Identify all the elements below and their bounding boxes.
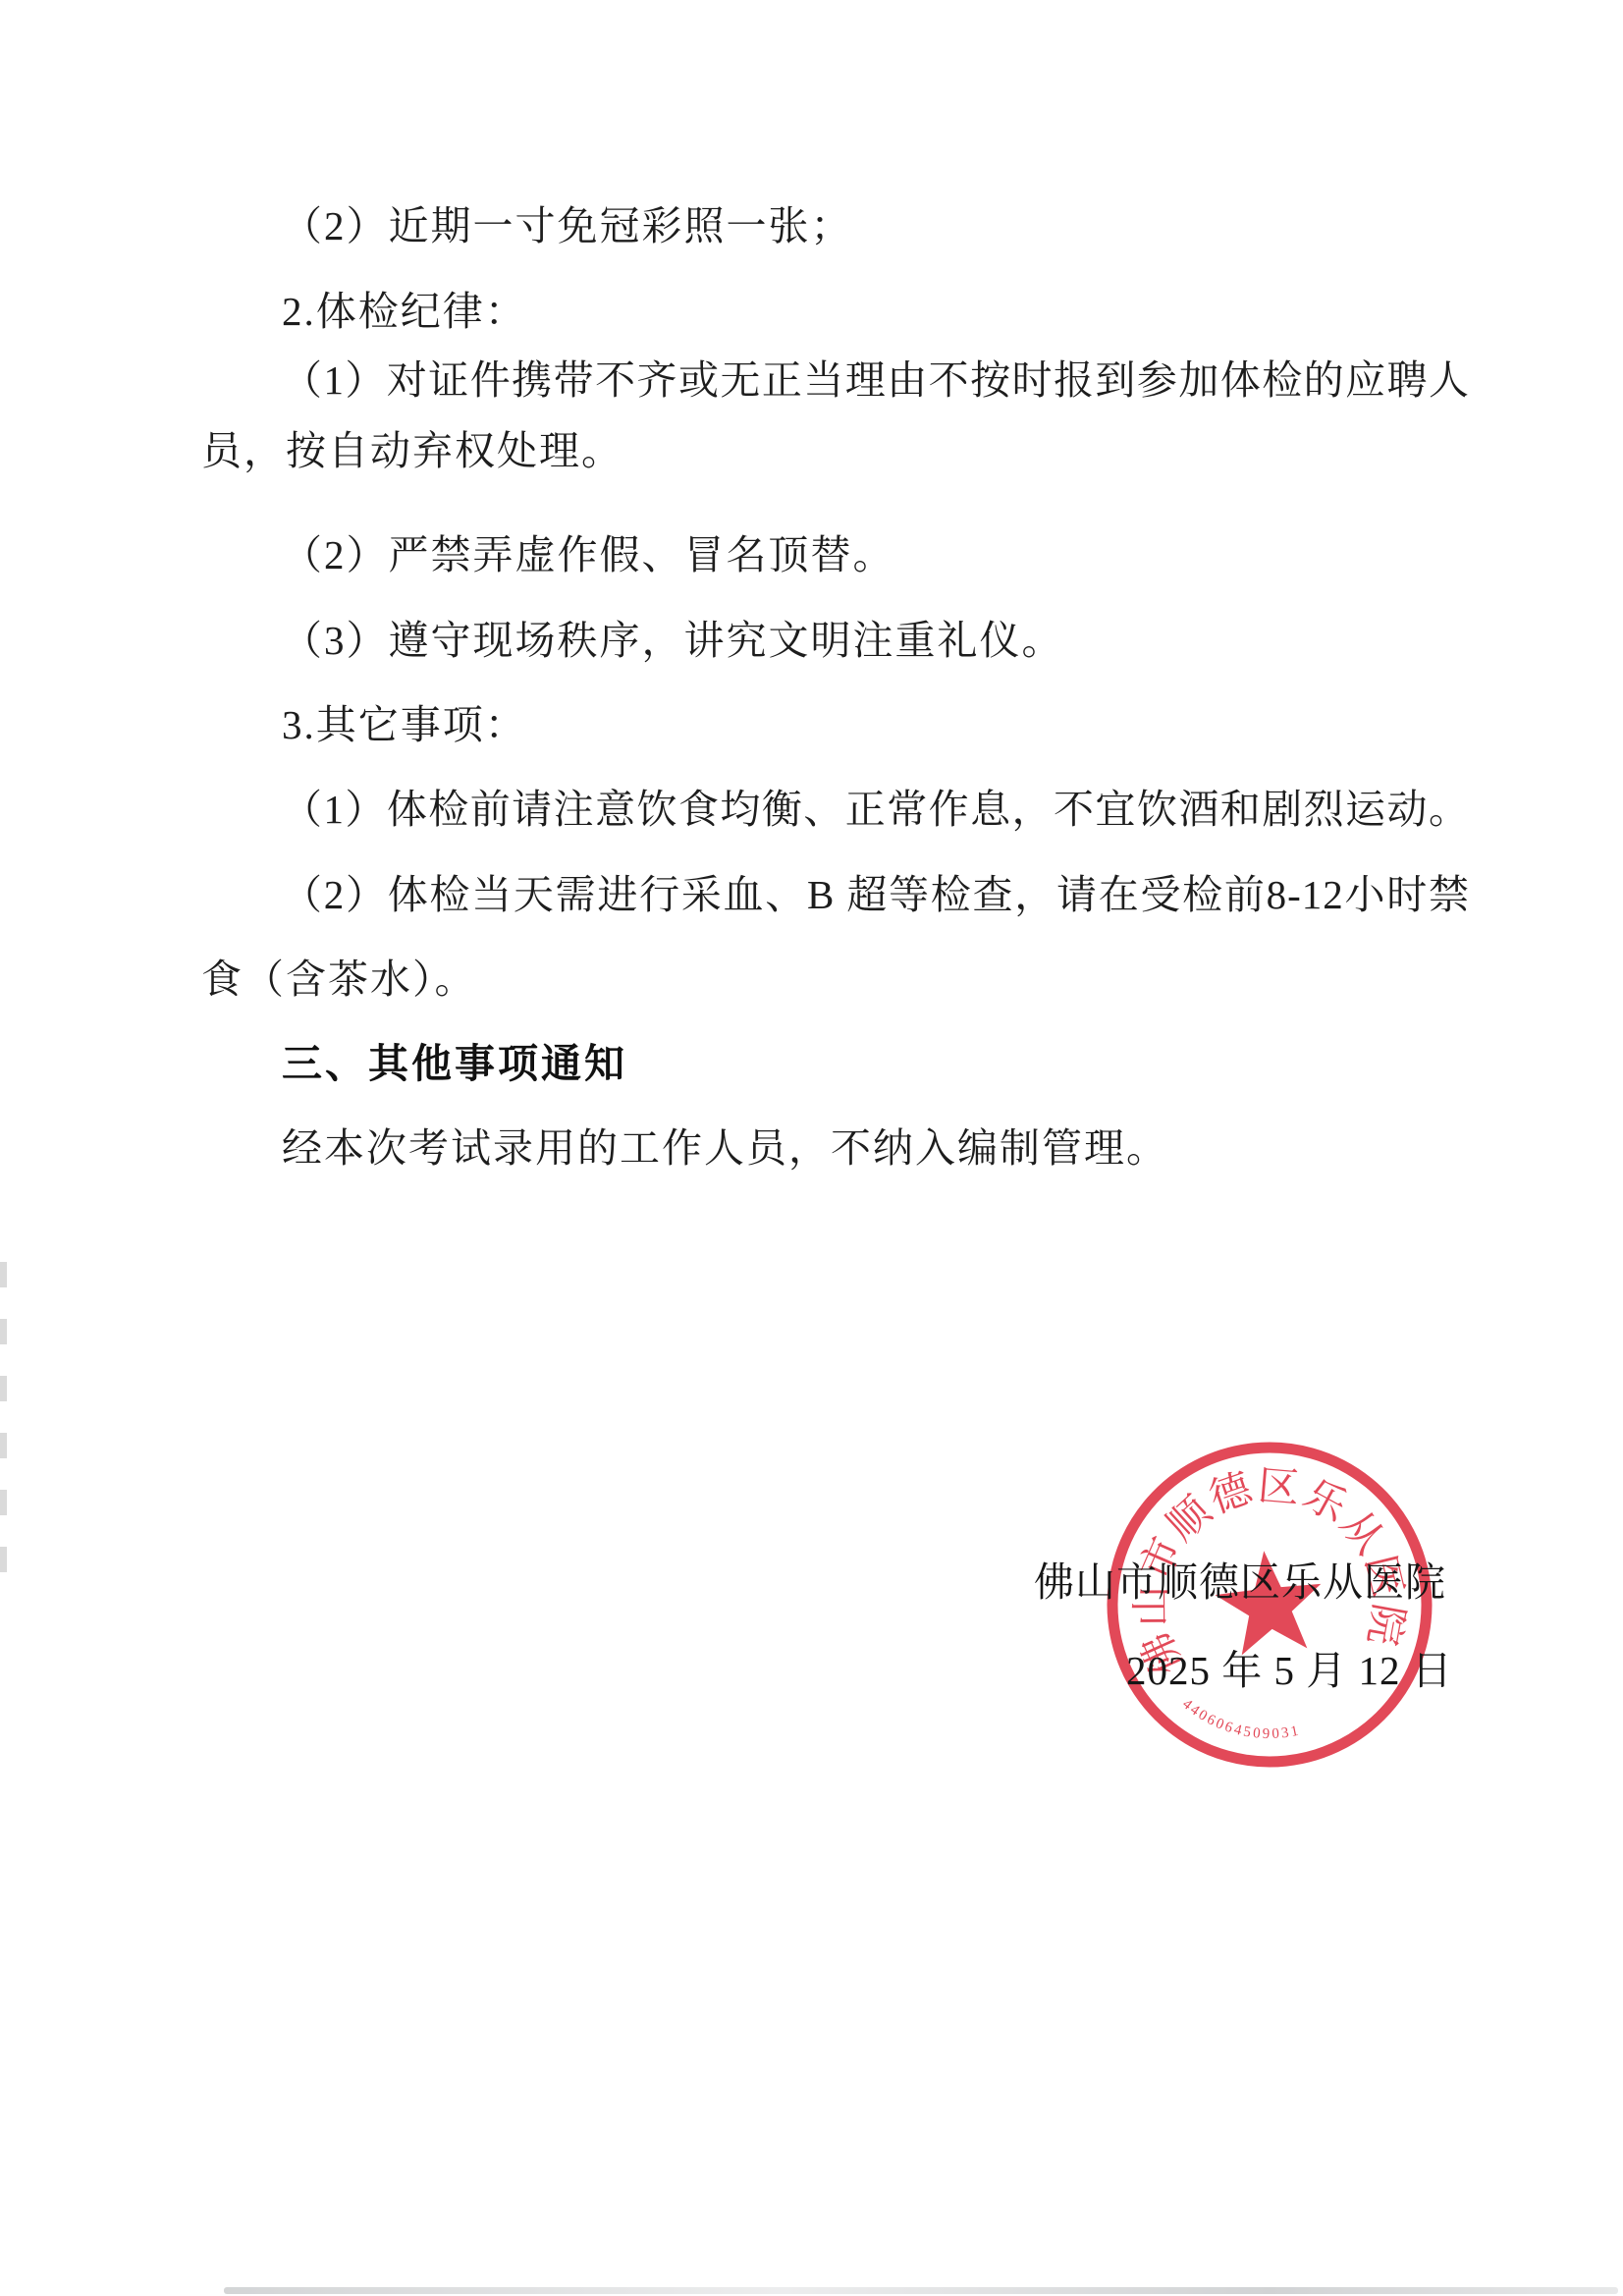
scan-artifact-bottom-edge: [224, 2287, 1618, 2294]
body-line: （2）体检当天需进行采血、B 超等检查，请在受检前8-12小时禁: [282, 870, 1470, 919]
section-heading: 三、其他事项通知: [282, 1039, 627, 1088]
body-line: 员，按自动弃权处理。: [201, 426, 623, 475]
body-line: （1）对证件携带不齐或无正当理由不按时报到参加体检的应聘人: [282, 355, 1470, 405]
body-line: 经本次考试录用的工作人员，不纳入编制管理。: [282, 1123, 1168, 1173]
body-line: （2）近期一寸免冠彩照一张；: [282, 201, 853, 250]
body-line: （2）严禁弄虚作假、冒名顶替。: [282, 530, 895, 579]
body-line: 食（含茶水）。: [201, 955, 477, 1004]
body-line: 2.体检纪律：: [282, 287, 527, 336]
scan-artifact-left-edge: [0, 1262, 7, 1591]
body-line: 3.其它事项：: [282, 700, 527, 749]
signature-organization: 佛山市顺德区乐从医院: [1034, 1550, 1446, 1608]
signature-date: 2025 年 5 月 12 日: [1126, 1638, 1453, 1696]
scanned-document-page: （2）近期一寸免冠彩照一张； 2.体检纪律： （1）对证件携带不齐或无正当理由不…: [0, 0, 1623, 2296]
body-line: （1）体检前请注意饮食均衡、正常作息，不宜饮酒和剧烈运动。: [282, 785, 1470, 834]
body-line: （3）遵守现场秩序，讲究文明注重礼仪。: [282, 616, 1064, 665]
